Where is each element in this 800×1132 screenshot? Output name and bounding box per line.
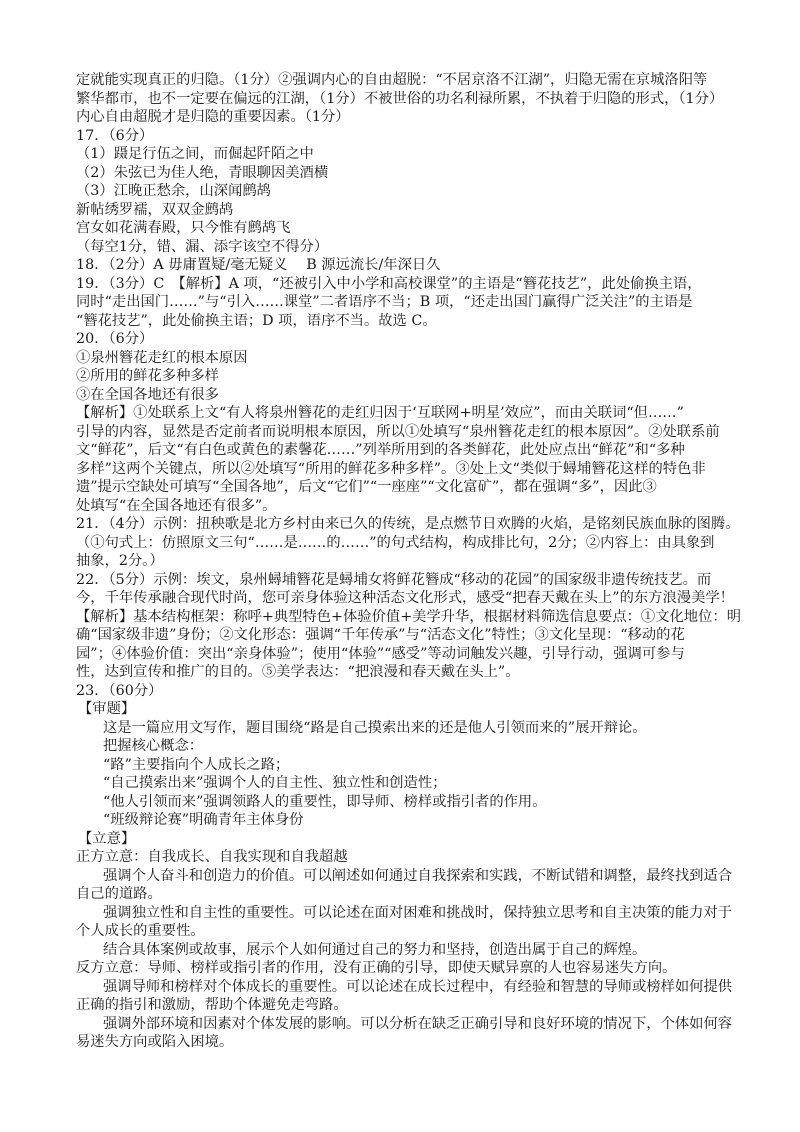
text-line: 文“鲜花”，后文“有白色或黄色的素馨花……”列举所用到的各类鲜花，此处应点出“鲜… bbox=[76, 441, 728, 460]
text-line: 遗”提示空缺处可填写“全国各地”，后文“它们”“一座座”“文化富矿”，都在强调“… bbox=[76, 478, 728, 497]
text-line: “班级辩论赛”明确青年主体身份 bbox=[76, 811, 728, 830]
text-line: 繁华都市，也不一定要在偏远的江湖，（1分）不被世俗的功名利禄所累，不执着于归隐的… bbox=[76, 90, 728, 109]
answer-line: 宫女如花满春殿，只今惟有鹧鸪飞 bbox=[76, 219, 728, 238]
question-21-answer: 21．（4分）示例：扭秧歌是北方乡村由来已久的传统，是点燃节日欢腾的火焰，是铭刻… bbox=[76, 515, 728, 534]
section-heading-shenti: 【审题】 bbox=[76, 700, 728, 719]
text-line: 强调外部环境和因素对个体发展的影响。可以分析在缺乏正确引导和良好环境的情况下，个… bbox=[76, 1015, 728, 1034]
text-line: 抽象，2分。） bbox=[76, 552, 728, 571]
text-line: 同时“走出国门……”与“引入……课堂”二者语序不当；B 项，“还走出国门赢得广泛… bbox=[76, 293, 728, 312]
question-23-heading: 23．（60分） bbox=[76, 682, 728, 701]
text-line: 自己的道路。 bbox=[76, 885, 728, 904]
text-line: 园”；④体验价值：突出“亲身体验”；使用“体验”“感受”等动词触发兴趣，引导行动… bbox=[76, 645, 728, 664]
text-line: 处填写“在全国各地还有很多”。 bbox=[76, 497, 728, 516]
question-20-heading: 20．（6分） bbox=[76, 330, 728, 349]
answer-line: （3）江晚正愁余，山深闻鹧鸪 bbox=[76, 182, 728, 201]
text-line: 今，千年传承融合现代时尚，您可亲身体验这种活态文化形式，感受“把春天戴在头上”的… bbox=[76, 589, 728, 608]
answer-line: （2）朱弦已为佳人绝，青眼聊因美酒横 bbox=[76, 164, 728, 183]
text-line: 强调导师和榜样对个体成长的重要性。可以论述在成长过程中，有经验和智慧的导师或榜样… bbox=[76, 978, 728, 997]
text-line: 易迷失方向或陷入困境。 bbox=[76, 1033, 728, 1052]
text-line: 多样”这两个关键点，所以②处填写“所用的鲜花多种多样”。③处上文“类似于蟳埔簪花… bbox=[76, 460, 728, 479]
answer-key-document: 定就能实现真正的归隐。（1分）②强调内心的自由超脱：“不居京洛不江湖”，归隐无需… bbox=[76, 71, 728, 1052]
analysis-line: 【解析】①处联系上文“有人将泉州簪花的走红归因于‘互联网+明星’效应”，而由关联… bbox=[76, 404, 728, 423]
text-line: 性，达到宣传和推广的目的。⑤美学表达：“把浪漫和春天戴在头上”。 bbox=[76, 663, 728, 682]
text-line: 强调个人奋斗和创造力的价值。可以阐述如何通过自我探索和实践，不断试错和调整，最终… bbox=[76, 867, 728, 886]
section-heading-liyi: 【立意】 bbox=[76, 830, 728, 849]
answer-line: 新帖绣罗襦，双双金鹧鸪 bbox=[76, 201, 728, 220]
text-line: 把握核心概念： bbox=[76, 737, 728, 756]
question-17-heading: 17．（6分） bbox=[76, 127, 728, 146]
text-line: 正确的指引和激励，帮助个体避免走弯路。 bbox=[76, 996, 728, 1015]
answer-line: ③在全国各地还有很多 bbox=[76, 386, 728, 405]
text-line: 引导的内容，显然是否定前者而说明根本原因，所以①处填写“泉州簪花走红的根本原因”… bbox=[76, 423, 728, 442]
negative-thesis: 反方立意：导师、榜样或指引者的作用，没有正确的引导，即使天赋异禀的人也容易迷失方… bbox=[76, 959, 728, 978]
text-line: “自己摸索出来”强调个人的自主性、独立性和创造性； bbox=[76, 774, 728, 793]
text-line: “他人引领而来”强调领路人的重要性，即导师、榜样或指引者的作用。 bbox=[76, 793, 728, 812]
text-line: “路”主要指向个人成长之路； bbox=[76, 756, 728, 775]
question-22-answer: 22．（5分）示例：埃文，泉州蟳埔簪花是蟳埔女将鲜花簪成“移动的花园”的国家级非… bbox=[76, 571, 728, 590]
affirmative-thesis: 正方立意：自我成长、自我实现和自我超越 bbox=[76, 848, 728, 867]
answer-line: ②所用的鲜花多种多样 bbox=[76, 367, 728, 386]
text-line: 内心自由超脱才是归隐的重要因素。（1分） bbox=[76, 108, 728, 127]
text-line: （①句式上：仿照原文三句“……是……的……”的句式结构，构成排比句，2分；②内容… bbox=[76, 534, 728, 553]
question-18-answer: 18．（2分）A 毋庸置疑/毫无疑义 B 源远流长/年深日久 bbox=[76, 256, 728, 275]
text-line: “簪花技艺”，此处偷换主语；D 项，语序不当。故选 C。 bbox=[76, 312, 728, 331]
analysis-line: 【解析】基本结构框架：称呼+典型特色+体验价值+美学升华，根据材料筛选信息要点：… bbox=[76, 608, 728, 627]
text-line: 确“国家级非遗”身份；②文化形态：强调“千年传承”与“活态文化”特性；③文化呈现… bbox=[76, 626, 728, 645]
text-line: 强调独立性和自主性的重要性。可以论述在面对困难和挑战时，保持独立思考和自主决策的… bbox=[76, 904, 728, 923]
scoring-note: （每空1分，错、漏、添字该空不得分） bbox=[76, 238, 728, 257]
answer-line: ①泉州簪花走红的根本原因 bbox=[76, 349, 728, 368]
answer-line: （1）蹑足行伍之间，而倔起阡陌之中 bbox=[76, 145, 728, 164]
text-line: 定就能实现真正的归隐。（1分）②强调内心的自由超脱：“不居京洛不江湖”，归隐无需… bbox=[76, 71, 728, 90]
text-line: 这是一篇应用文写作，题目围绕“路是自己摸索出来的还是他人引领而来的”展开辩论。 bbox=[76, 719, 728, 738]
question-19-answer: 19．（3分）C 【解析】A 项，“还被引入中小学和高校课堂”的主语是“簪花技艺… bbox=[76, 275, 728, 294]
text-line: 结合具体案例或故事，展示个人如何通过自己的努力和坚持，创造出属于自己的辉煌。 bbox=[76, 941, 728, 960]
text-line: 个人成长的重要性。 bbox=[76, 922, 728, 941]
